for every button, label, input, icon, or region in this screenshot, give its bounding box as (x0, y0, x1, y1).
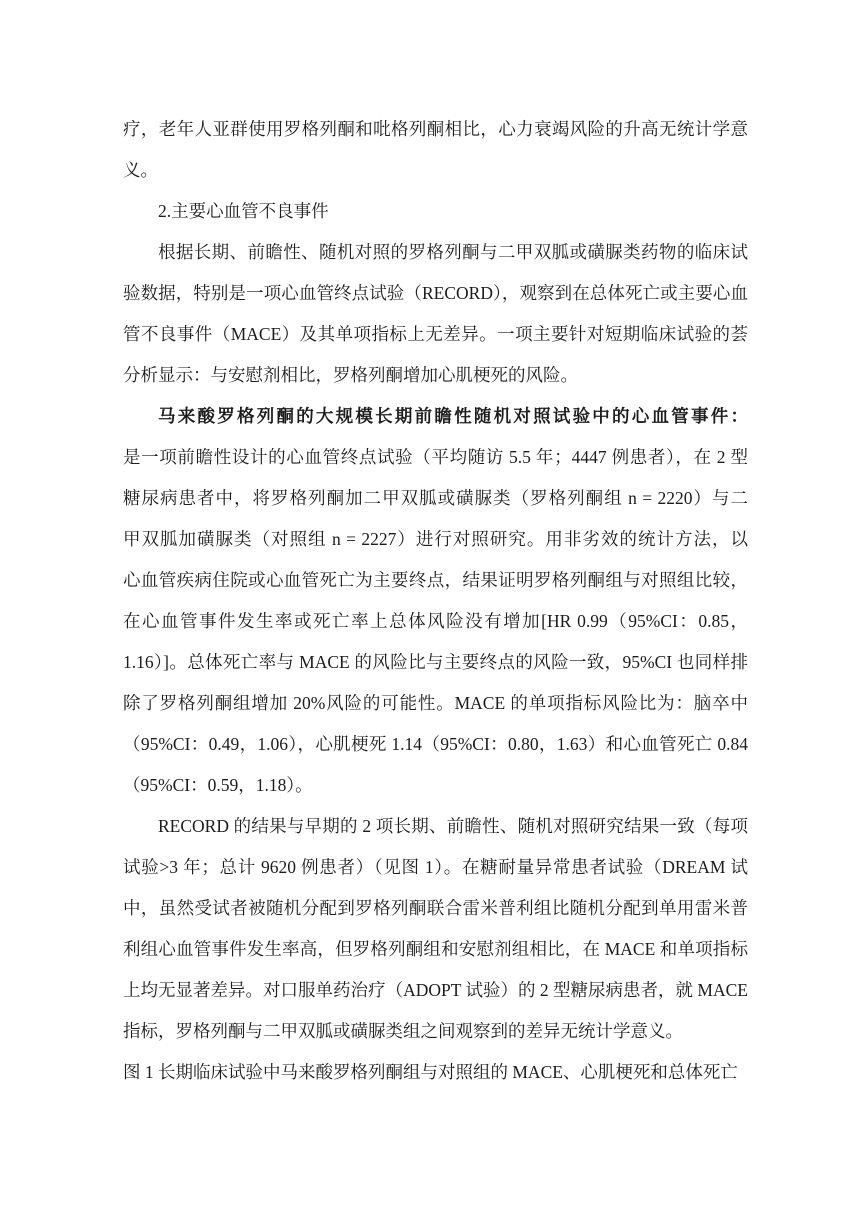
text-line: 试验>3 年；总计 9620 例患者）（见图 1）。在糖耐量异常患者试验（DRE… (123, 847, 748, 888)
text-line: 中，虽然受试者被随机分配到罗格列酮联合雷米普利组比随机分配到单用雷米普 (123, 888, 748, 929)
text-line: 心血管疾病住院或心血管死亡为主要终点，结果证明罗格列酮组与对照组比较， (123, 560, 748, 601)
text-line: RECORD 的结果与早期的 2 项长期、前瞻性、随机对照研究结果一致（每项 (123, 806, 748, 847)
text-line: 管不良事件（MACE）及其单项指标上无差异。一项主要针对短期临床试验的荟萃 (123, 314, 748, 355)
text-block: 疗，老年人亚群使用罗格列酮和吡格列酮相比，心力衰竭风险的升高无统计学意 义。 2… (123, 109, 748, 1093)
text-line: 指标，罗格列酮与二甲双胍或磺脲类组之间观察到的差异无统计学意义。 (123, 1011, 748, 1052)
text-line: 甲双胍加磺脲类（对照组 n = 2227）进行对照研究。用非劣效的统计方法，以 (123, 519, 748, 560)
document-page: 疗，老年人亚群使用罗格列酮和吡格列酮相比，心力衰竭风险的升高无统计学意 义。 2… (0, 0, 868, 1227)
text-line: 1.16）]。总体死亡率与 MACE 的风险比与主要终点的风险一致，95%CI … (123, 642, 748, 683)
text-line: 在心血管事件发生率或死亡率上总体风险没有增加[HR 0.99（95%CI：0.8… (123, 601, 748, 642)
text-line: 义。 (123, 150, 748, 191)
text-line: 根据长期、前瞻性、随机对照的罗格列酮与二甲双胍或磺脲类药物的临床试 (123, 232, 748, 273)
figure-caption: 图 1 长期临床试验中马来酸罗格列酮组与对照组的 MACE、心肌梗死和总体死亡 (123, 1052, 748, 1093)
text-line: 糖尿病患者中，将罗格列酮加二甲双胍或磺脲类（罗格列酮组 n = 2220）与二 (123, 478, 748, 519)
text-line: 分析显示：与安慰剂相比，罗格列酮增加心肌梗死的风险。 (123, 355, 748, 396)
text-line: 疗，老年人亚群使用罗格列酮和吡格列酮相比，心力衰竭风险的升高无统计学意 (123, 109, 748, 150)
bold-run: 马来酸罗格列酮的大规模长期前瞻性随机对照试验中的心血管事件： (158, 406, 748, 426)
text-line: 利组心血管事件发生率高，但罗格列酮组和安慰剂组相比，在 MACE 和单项指标 (123, 929, 748, 970)
text-line: 除了罗格列酮组增加 20%风险的可能性。MACE 的单项指标风险比为：脑卒中 0… (123, 683, 748, 724)
text-line: 马来酸罗格列酮的大规模长期前瞻性随机对照试验中的心血管事件：RECORD (123, 396, 748, 437)
text-line: 验数据，特别是一项心血管终点试验（RECORD），观察到在总体死亡或主要心血 (123, 273, 748, 314)
text-line: 是一项前瞻性设计的心血管终点试验（平均随访 5.5 年；4447 例患者），在 … (123, 437, 748, 478)
section-heading: 2.主要心血管不良事件 (123, 191, 748, 232)
text-line: （95%CI：0.49，1.06），心肌梗死 1.14（95%CI：0.80，1… (123, 724, 748, 765)
text-line: （95%CI：0.59，1.18）。 (123, 765, 748, 806)
text-line: 上均无显著差异。对口服单药治疗（ADOPT 试验）的 2 型糖尿病患者，就 MA… (123, 970, 748, 1011)
